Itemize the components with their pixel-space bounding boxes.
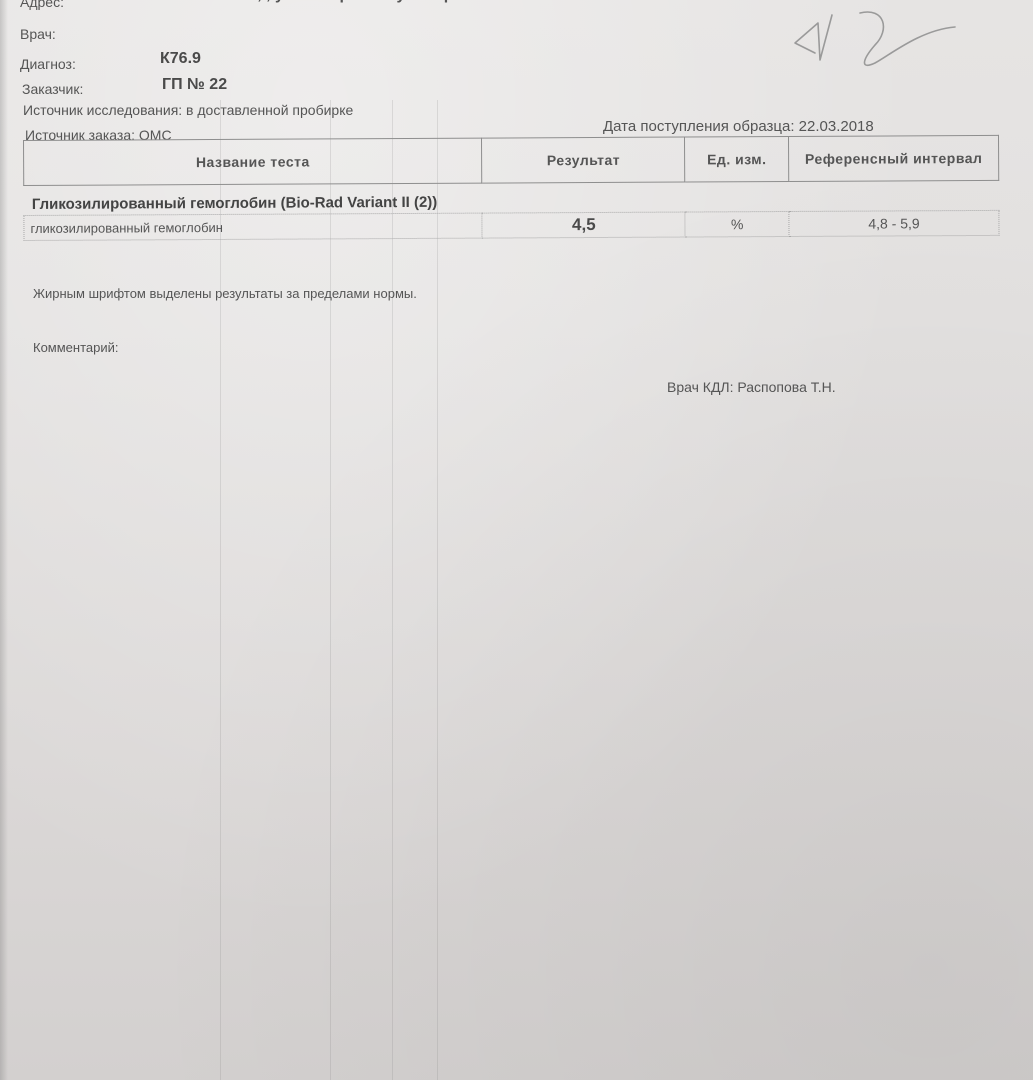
address-label: Адрес: (20, 0, 64, 10)
doctor-label: Врач: (20, 26, 56, 42)
customer-field: Заказчик: ГП № 22 (22, 81, 83, 97)
printer-streak (330, 100, 331, 1080)
comment-label: Комментарий: (33, 340, 119, 355)
sample-date-line: Дата поступления образца: 22.03.2018 (603, 118, 874, 135)
test-name-cell: гликозилированный гемоглобин (24, 213, 483, 240)
sample-date-label: Дата поступления образца: (603, 118, 794, 135)
diagnosis-label: Диагноз: (20, 56, 76, 72)
lab-doctor-signature: Врач КДЛ: Распопова Т.Н. (667, 379, 836, 395)
diagnosis-field: Диагноз: К76.9 (20, 56, 76, 72)
lab-report-page: Адрес: г. Москва, , ул. Нагорный бульвар… (0, 0, 1033, 1080)
results-table: Название теста Результат Ед. изм. Рефере… (23, 135, 1000, 241)
table-header-row: Название теста Результат Ед. изм. Рефере… (24, 135, 999, 185)
customer-label: Заказчик: (22, 81, 83, 97)
unit-cell: % (685, 211, 789, 237)
column-header-unit: Ед. изм. (685, 136, 789, 182)
table-row: гликозилированный гемоглобин 4,5 % 4,8 -… (24, 210, 999, 240)
address-field: Адрес: г. Москва, , ул. Нагорный бульвар (20, 0, 64, 10)
bold-results-note: Жирным шрифтом выделены результаты за пр… (33, 286, 417, 301)
sample-date-value: 22.03.2018 (799, 118, 874, 135)
column-header-result: Результат (482, 137, 685, 183)
column-header-test-name: Название теста (24, 138, 483, 185)
address-value: г. Москва, , ул. Нагорный бульвар (185, 0, 454, 4)
paper-edge-shadow (0, 0, 8, 1080)
handwritten-mark-icon (790, 5, 990, 75)
research-source: Источник исследования: в доставленной пр… (23, 102, 353, 118)
doctor-field: Врач: (20, 26, 56, 42)
printer-streak (437, 100, 438, 1080)
reference-cell: 4,8 - 5,9 (789, 210, 999, 236)
diagnosis-value: К76.9 (160, 50, 201, 68)
printer-streak (220, 100, 221, 1080)
column-header-reference: Референсный интервал (789, 135, 999, 181)
customer-value: ГП № 22 (162, 76, 227, 94)
result-cell: 4,5 (482, 212, 685, 238)
printer-streak (392, 100, 393, 1080)
